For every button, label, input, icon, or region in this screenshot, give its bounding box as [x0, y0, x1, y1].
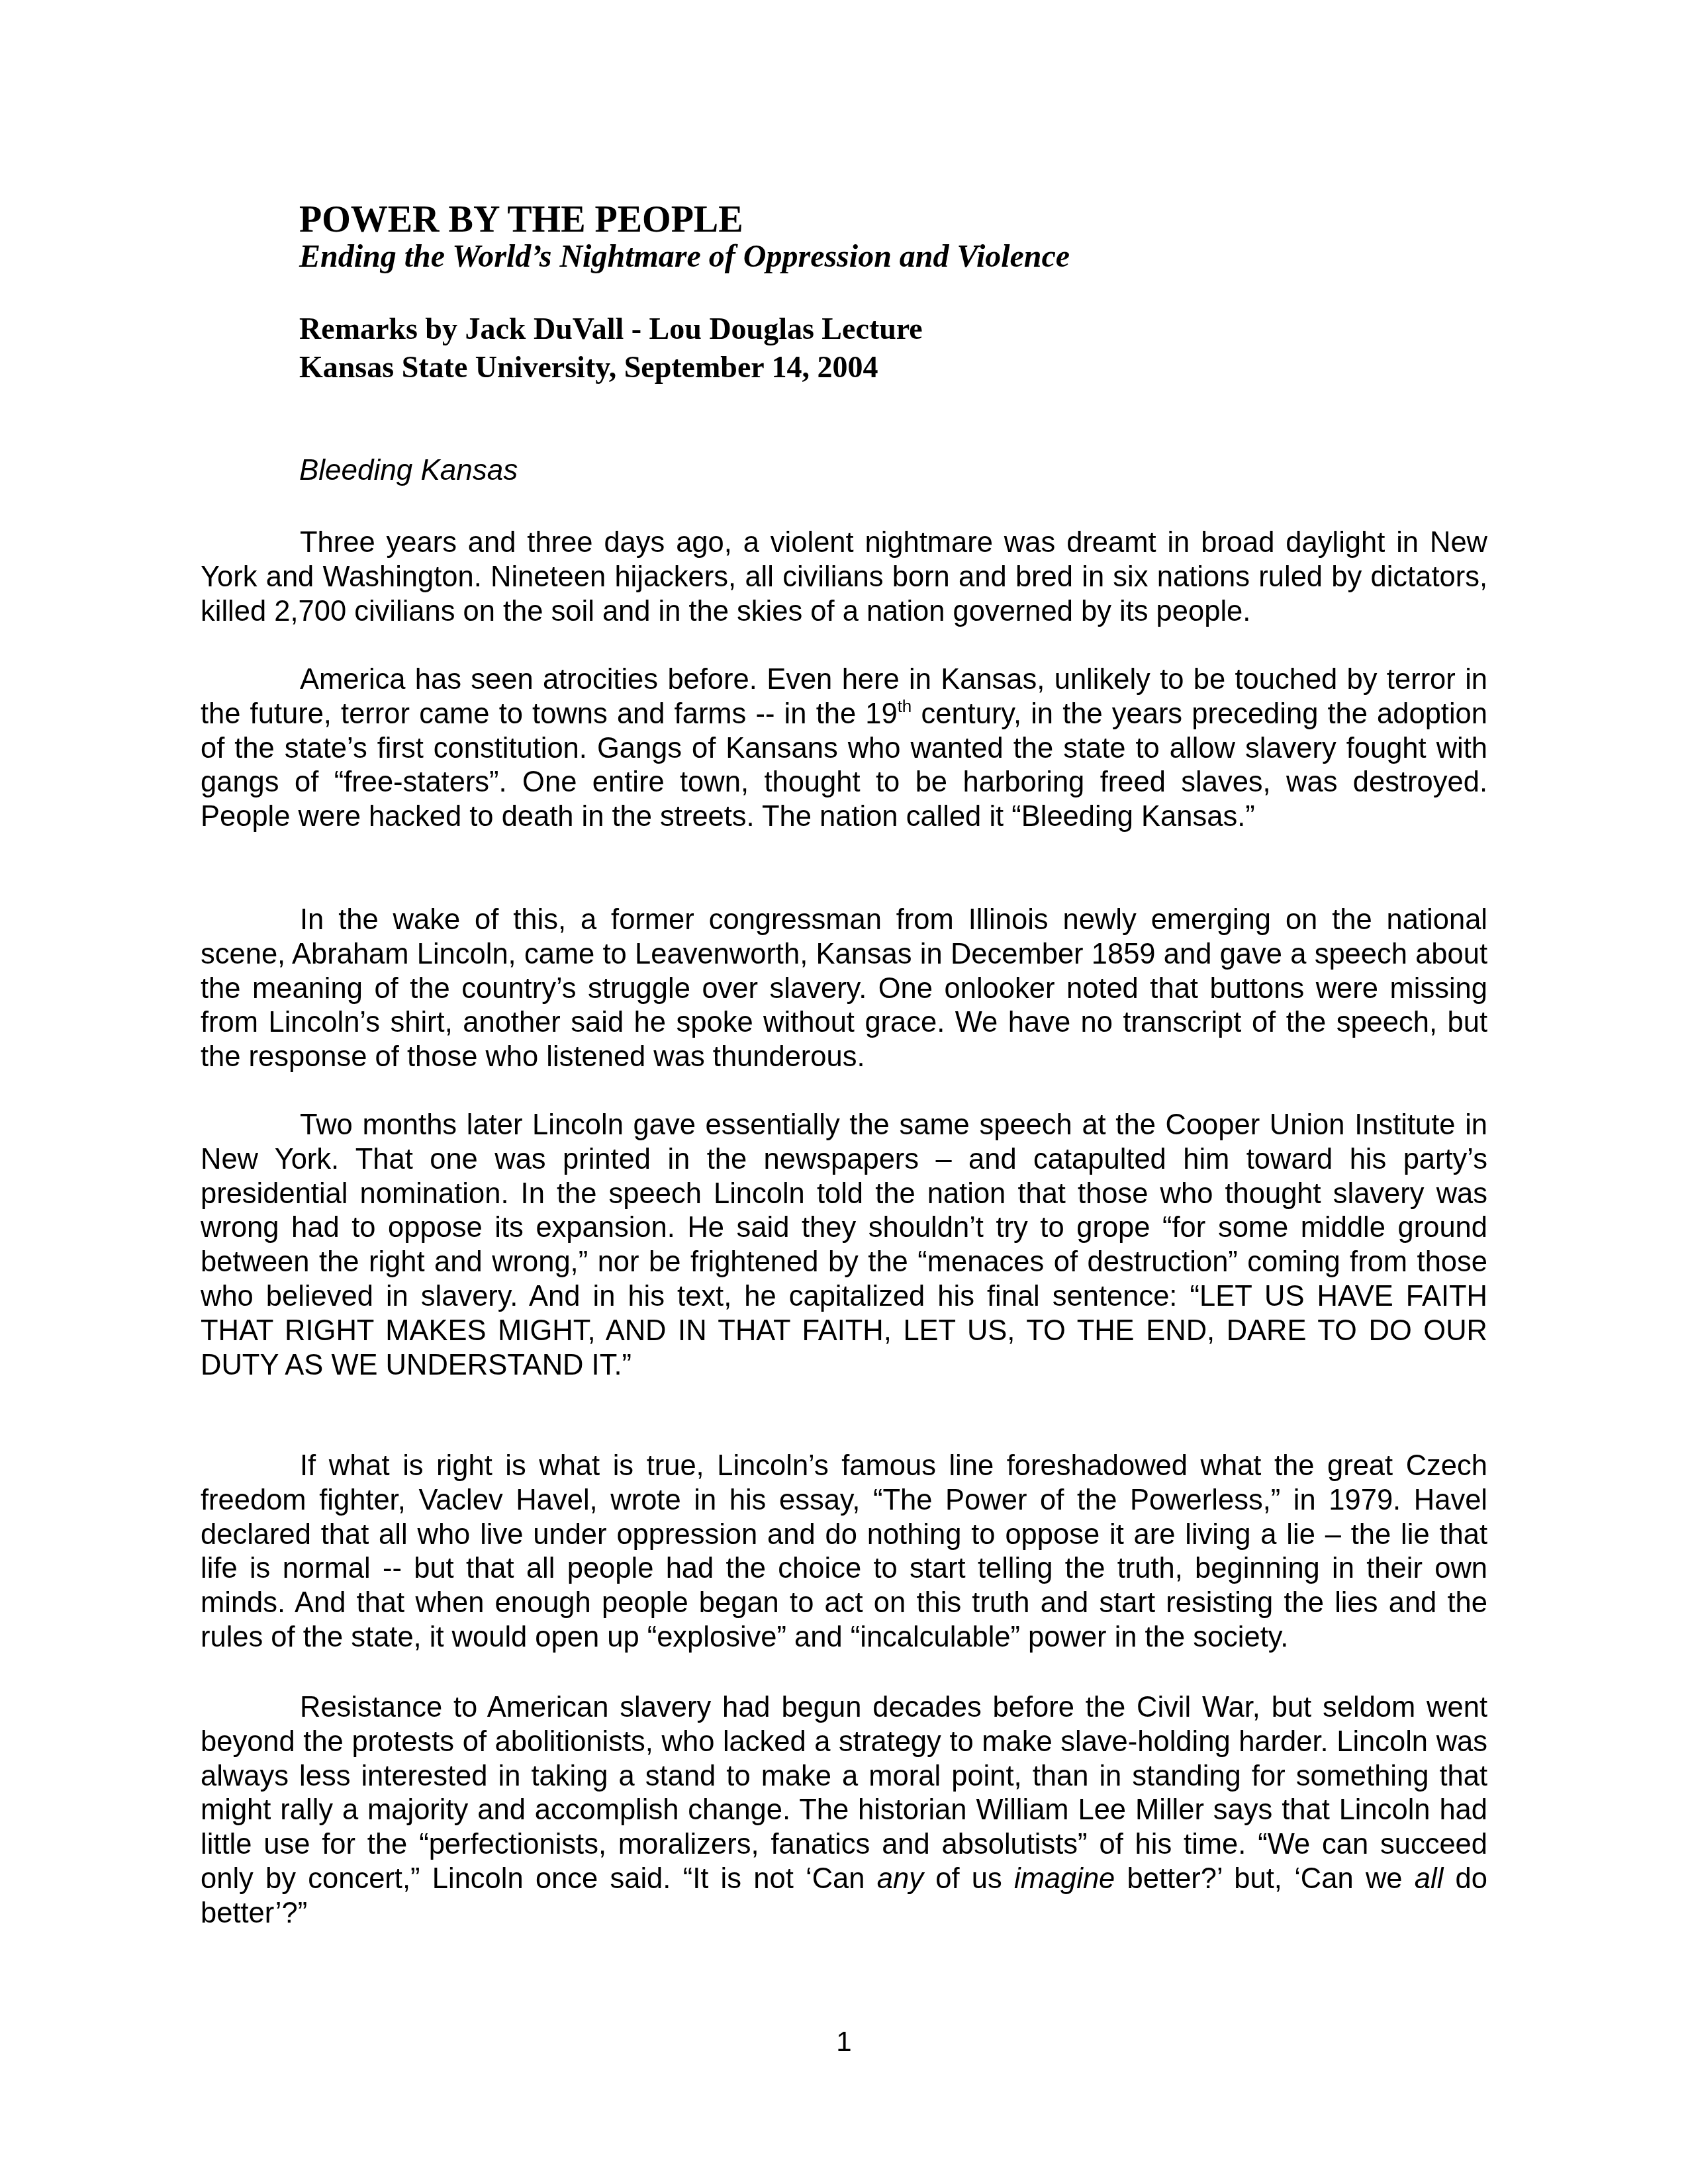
paragraph-3: In the wake of this, a former congressma…: [201, 903, 1487, 1075]
paragraph-6: Resistance to American slavery had begun…: [201, 1691, 1487, 1931]
paragraph-6-text-c: better?’ but, ‘Can we: [1115, 1863, 1414, 1895]
speaker-line: Remarks by Jack DuVall - Lou Douglas Lec…: [299, 310, 923, 348]
document-title: POWER BY THE PEOPLE: [299, 199, 743, 241]
paragraph-2: America has seen atrocities before. Even…: [201, 663, 1487, 835]
document-page: POWER BY THE PEOPLE Ending the World’s N…: [0, 0, 1688, 2184]
ordinal-superscript: th: [898, 696, 912, 716]
section-heading: Bleeding Kansas: [299, 453, 518, 488]
paragraph-5: If what is right is what is true, Lincol…: [201, 1449, 1487, 1655]
document-subtitle: Ending the World’s Nightmare of Oppressi…: [299, 238, 1070, 276]
paragraph-1: Three years and three days ago, a violen…: [201, 526, 1487, 629]
venue-date-line: Kansas State University, September 14, 2…: [299, 348, 878, 387]
page-number: 1: [0, 2025, 1688, 2058]
paragraph-4: Two months later Lincoln gave essentiall…: [201, 1109, 1487, 1383]
paragraph-6-text-b: of us: [923, 1863, 1014, 1895]
emphasis-imagine: imagine: [1014, 1863, 1115, 1895]
emphasis-all: all: [1415, 1863, 1444, 1895]
emphasis-any: any: [877, 1863, 923, 1895]
